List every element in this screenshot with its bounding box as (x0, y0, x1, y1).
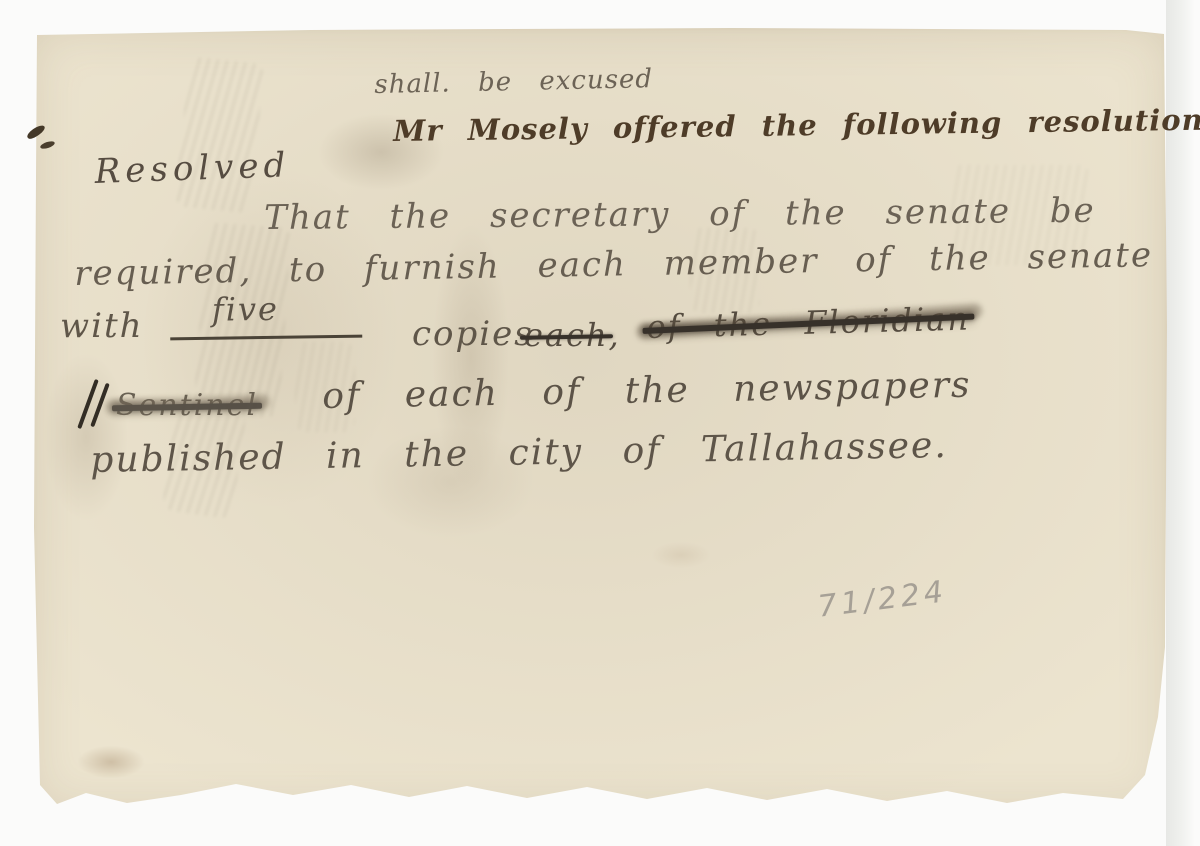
copies-word: copies (412, 314, 534, 354)
insertion-caret-line: five (170, 299, 363, 341)
struck-word-sentinel: Sentinel (116, 388, 258, 423)
bleed-through-mark (174, 56, 264, 213)
scanned-document-page: shall. be excused Mr Mosely offered the … (0, 0, 1200, 846)
ink-blot-stroke (26, 123, 47, 141)
ink-blot-mark (24, 122, 62, 158)
body-line-1: That the secretary of the senate be (264, 191, 1096, 238)
resolved-label: Resolved (94, 145, 291, 192)
struck-word-each: each (524, 316, 609, 354)
with-word: with (60, 306, 144, 346)
ink-blot-stroke (39, 140, 55, 150)
marginal-note-line: shall. be excused (374, 64, 653, 100)
inserted-word-five: five (212, 290, 280, 329)
